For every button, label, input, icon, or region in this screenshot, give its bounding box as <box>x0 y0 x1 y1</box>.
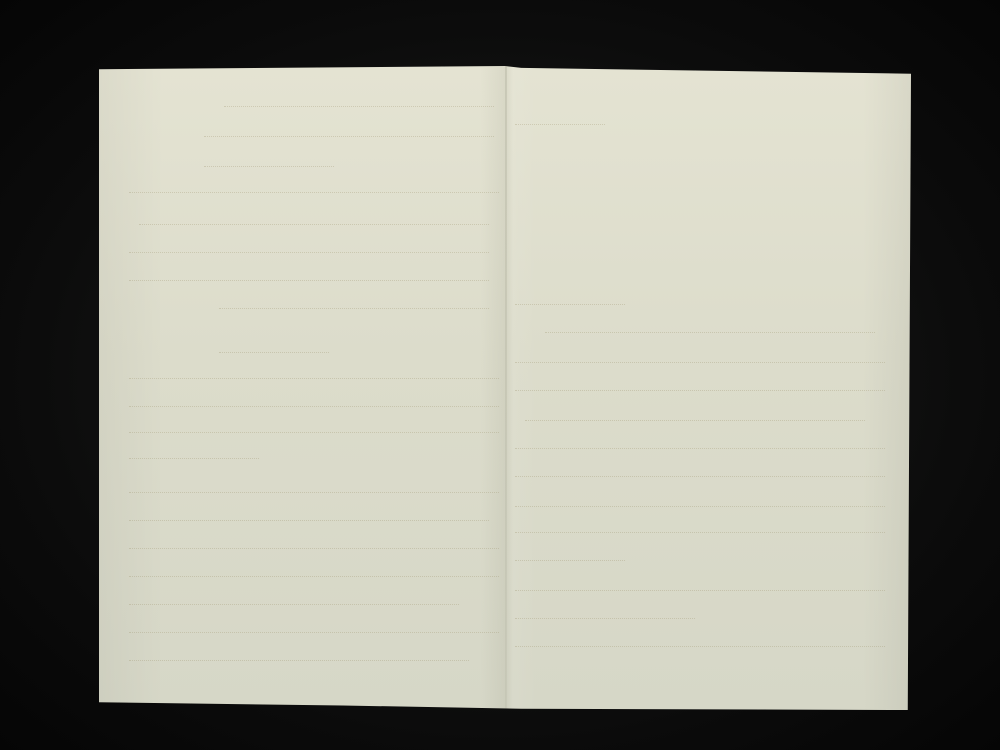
handwriting-heading <box>515 124 605 125</box>
handwriting-line <box>129 660 469 661</box>
handwriting-line <box>515 506 885 507</box>
handwriting-line <box>129 576 499 577</box>
handwriting-line <box>515 448 885 449</box>
handwriting-line <box>515 390 885 391</box>
handwriting-line <box>129 192 499 193</box>
handwriting-line <box>515 590 885 591</box>
right-page <box>505 66 911 710</box>
handwriting-line <box>129 458 259 459</box>
handwriting-line <box>515 476 885 477</box>
handwriting-line <box>129 632 499 633</box>
handwriting-line <box>129 378 499 379</box>
letter-sheet <box>99 66 911 710</box>
handwriting-line <box>525 420 865 421</box>
handwriting-line <box>219 308 489 309</box>
handwriting-line <box>129 406 499 407</box>
handwriting-line <box>219 352 329 353</box>
handwriting-line <box>204 166 334 167</box>
handwriting-line <box>129 548 499 549</box>
handwriting-line <box>129 252 489 253</box>
handwriting-line <box>515 560 625 561</box>
handwriting-line <box>224 106 494 107</box>
handwriting-salutation <box>515 304 625 305</box>
left-page <box>99 66 505 710</box>
handwriting-line <box>129 520 489 521</box>
handwriting-line <box>129 432 499 433</box>
handwriting-line <box>515 618 695 619</box>
handwriting-line <box>204 136 494 137</box>
handwriting-line <box>139 224 489 225</box>
handwriting-line <box>515 532 885 533</box>
handwriting-line <box>129 492 499 493</box>
handwriting-line <box>515 646 885 647</box>
handwriting-line <box>515 362 885 363</box>
handwriting-line <box>129 280 489 281</box>
handwriting-line <box>545 332 875 333</box>
handwriting-line <box>129 604 459 605</box>
